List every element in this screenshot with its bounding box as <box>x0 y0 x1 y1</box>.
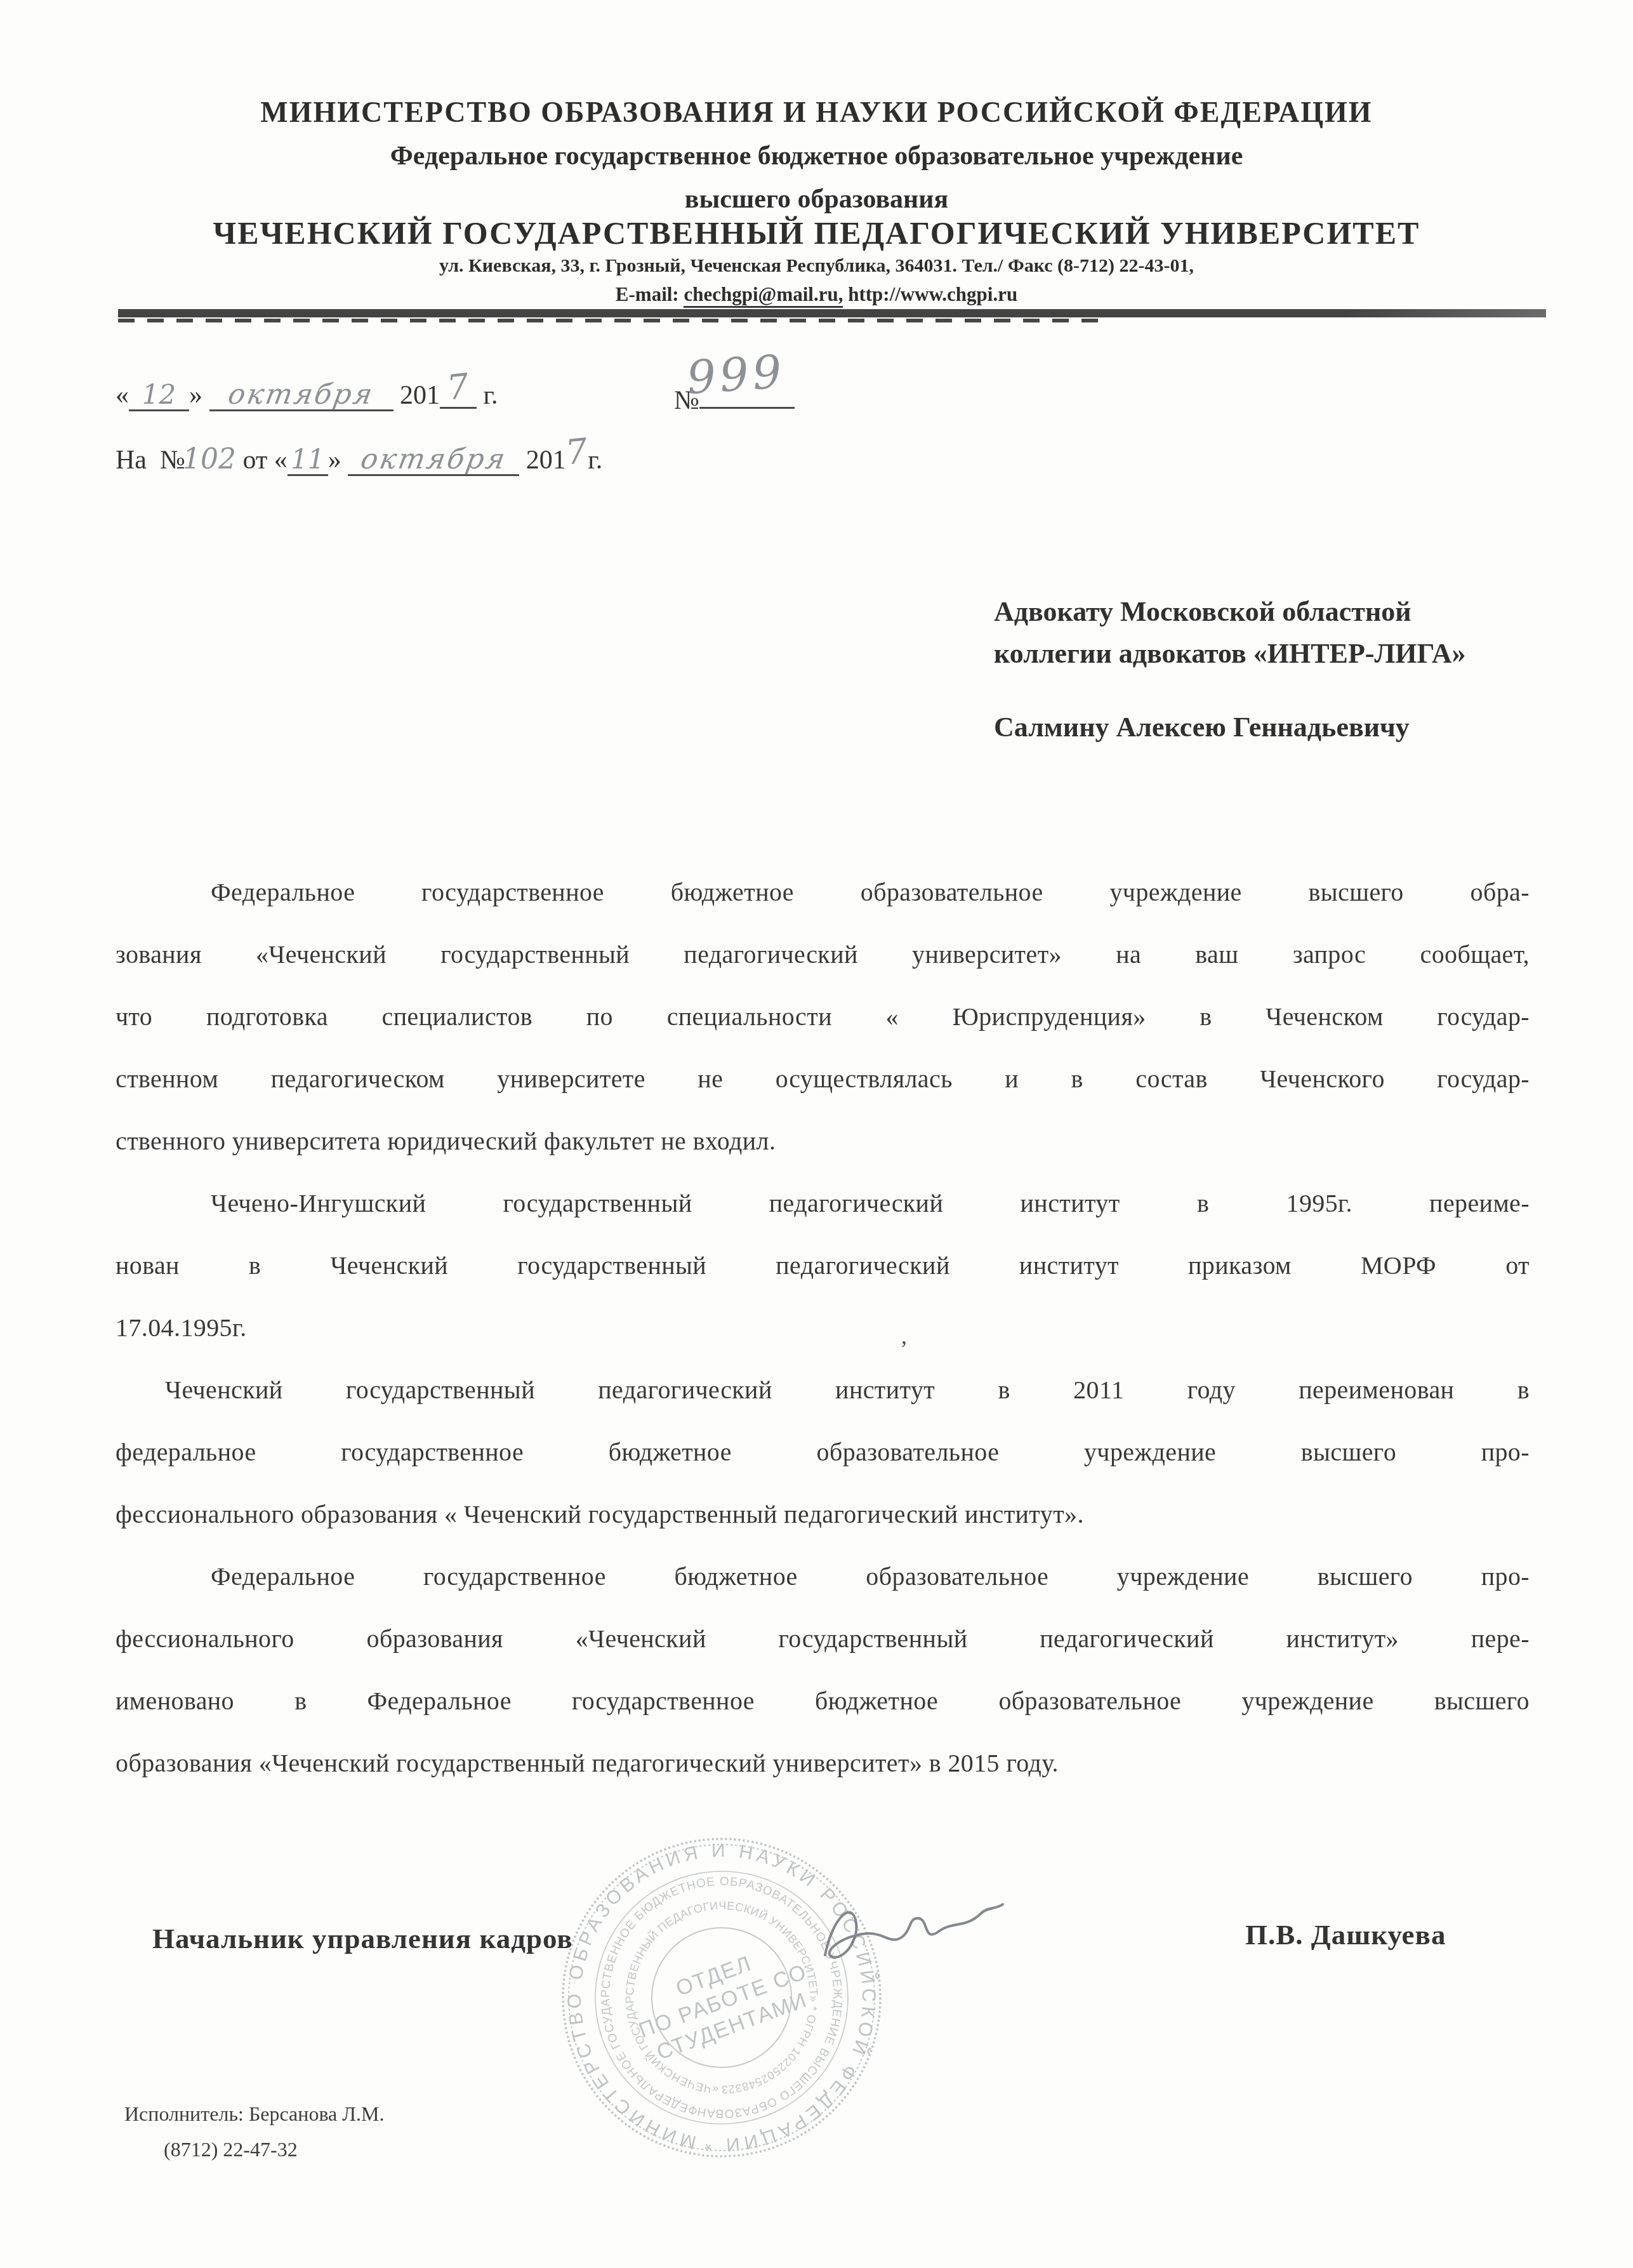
reference-line: На №102 от «11» октября 2017г. <box>116 437 602 477</box>
letterhead-ministry: МИНИСТЕРСТВО ОБРАЗОВАНИЯ И НАУКИ РОССИЙС… <box>0 95 1633 129</box>
letterhead-divider-rule <box>118 309 1546 317</box>
reference-number-label: № <box>160 446 185 475</box>
body-line: нован в Чеченский государственный педаго… <box>116 1235 1530 1297</box>
handwritten-year-digit: 7 <box>446 371 470 402</box>
executor-name: Исполнитель: Берсанова Л.М. <box>124 2102 384 2126</box>
handwritten-ref-year-digit: 7 <box>564 430 590 472</box>
body-line: что подготовка специалистов по специальн… <box>116 986 1530 1048</box>
body-line: 17.04.1995г. <box>116 1297 1530 1359</box>
issue-date-line: «12» октября 2017 г. <box>116 378 498 411</box>
year-printed: 201 <box>400 381 440 410</box>
body-line: федеральное государственное бюджетное об… <box>116 1421 1530 1483</box>
body-line: зования «Чеченский государственный педаг… <box>116 924 1530 986</box>
ref-year-suffix: г. <box>588 446 602 475</box>
letterhead-org-type-line1: Федеральное государственное бюджетное об… <box>0 141 1633 171</box>
ref-year-printed: 201 <box>526 446 566 475</box>
quote-close: » <box>189 381 202 410</box>
university-round-stamp-icon: МИНИСТЕРСТВО ОБРАЗОВАНИЯ И НАУКИ РОССИЙС… <box>559 1834 885 2161</box>
handwritten-month: октября <box>226 380 376 409</box>
ref-quote-open: « <box>274 446 288 475</box>
body-line: фессионального образования « Чеченский г… <box>116 1483 1530 1546</box>
recipient-name: Салмину Алексею Геннадьевичу <box>994 711 1410 743</box>
executor-phone: (8712) 22-47-32 <box>164 2138 298 2161</box>
ref-quote-close: » <box>328 446 341 475</box>
letter-body: Федеральное государственное бюджетное об… <box>116 861 1530 1794</box>
email-address: chechgpi@mail.ru, <box>684 283 843 308</box>
body-line: Чеченский государственный педагогический… <box>116 1359 1530 1421</box>
handwritten-signature-icon <box>814 1892 1010 1987</box>
letterhead-university-name: ЧЕЧЕНСКИЙ ГОСУДАРСТВЕННЫЙ ПЕДАГОГИЧЕСКИЙ… <box>0 215 1633 251</box>
signatory-name: П.В. Дашкуева <box>1245 1918 1446 1951</box>
body-line: фессионального образования «Чеченский го… <box>116 1608 1530 1670</box>
quote-open: « <box>116 381 129 410</box>
letterhead-divider-dashes <box>118 319 1108 322</box>
handwritten-reference-number: 102 <box>183 443 236 475</box>
body-line: ственного университета юридический факул… <box>116 1110 1530 1172</box>
reference-prefix: На <box>116 446 147 475</box>
body-line: Федеральное государственное бюджетное об… <box>116 1546 1530 1608</box>
recipient-line1: Адвокату Московской областной <box>994 595 1412 628</box>
reference-ot: от <box>243 446 268 475</box>
letterhead-contacts: E-mail: chechgpi@mail.ru, http://www.chg… <box>0 283 1633 306</box>
letterhead-org-type-line2: высшего образования <box>0 184 1633 215</box>
signatory-title: Начальник управления кадров <box>152 1922 573 1955</box>
letterhead-address: ул. Киевская, 33, г. Грозный, Чеченская … <box>0 255 1633 277</box>
handwritten-reference-month: октября <box>359 445 509 474</box>
handwritten-reference-day: 11 <box>291 444 324 475</box>
body-line: Чечено-Ингушский государственный педагог… <box>116 1172 1530 1235</box>
body-line: Федеральное государственное бюджетное об… <box>116 861 1530 924</box>
handwritten-day: 12 <box>142 379 176 410</box>
body-line: именовано в Федеральное государственное … <box>116 1670 1530 1732</box>
scanned-letter-page: МИНИСТЕРСТВО ОБРАЗОВАНИЯ И НАУКИ РОССИЙС… <box>0 0 1633 2268</box>
website-url: http://www.chgpi.ru <box>843 283 1017 305</box>
body-line: образования «Чеченский государственный п… <box>116 1732 1530 1794</box>
recipient-line2: коллегии адвокатов «ИНТЕР-ЛИГА» <box>994 637 1465 670</box>
handwritten-outgoing-number: 999 <box>685 345 787 405</box>
stray-ink-mark: , <box>901 1323 907 1350</box>
email-label: E-mail: <box>616 283 684 305</box>
year-suffix: г. <box>477 381 498 410</box>
body-line: ственном педагогическом университете не … <box>116 1048 1530 1110</box>
